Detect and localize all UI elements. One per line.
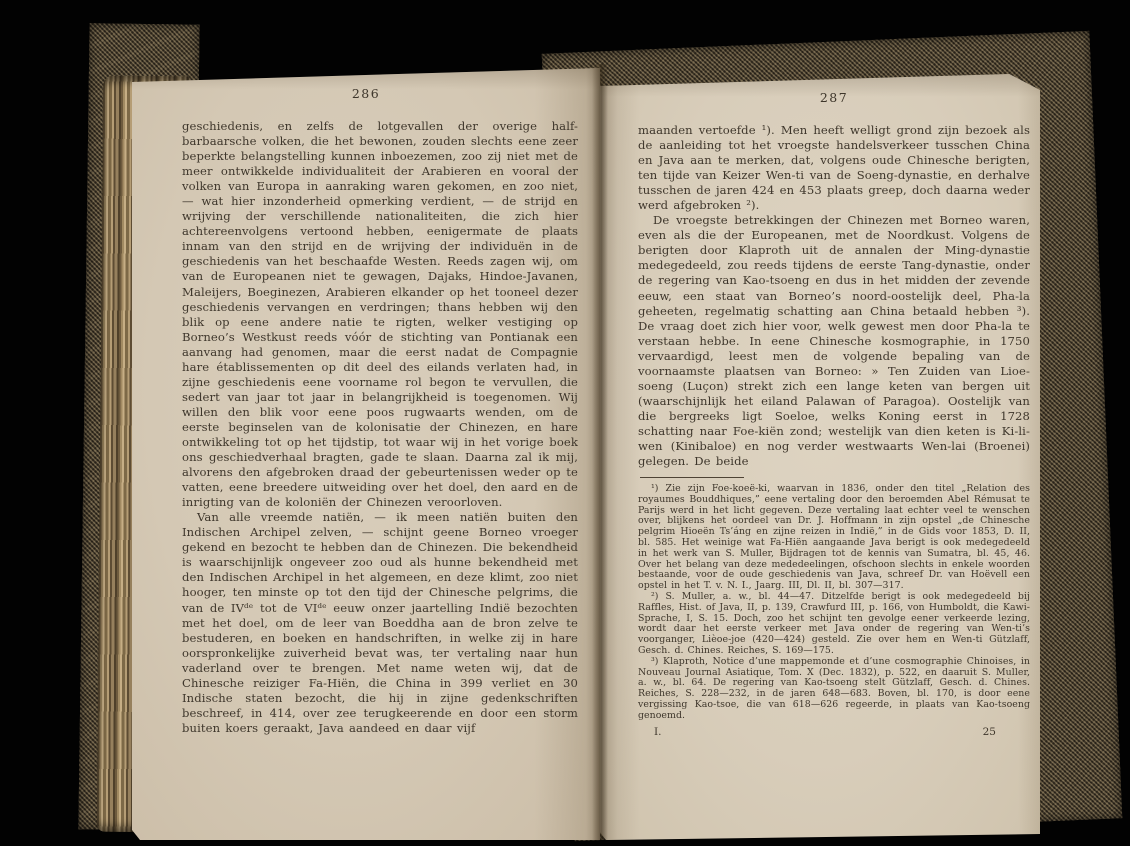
right-page-number: 287	[638, 90, 1030, 105]
left-page-content: 286 geschiedenis, en zelfs de lotgevalle…	[132, 66, 600, 736]
footnote-separator-rule	[640, 477, 744, 478]
signature-line: I. 25	[638, 722, 1030, 738]
footnote: ³) Klaproth, Notice d’une mappemonde et …	[638, 657, 1030, 722]
paragraph: geschiedenis, en zelfs de lotgevallen de…	[182, 119, 578, 510]
left-page-number: 286	[168, 86, 564, 101]
volume-signature-mark: I.	[654, 726, 662, 738]
right-page: 287 maanden vertoefde ¹). Men heeft well…	[600, 74, 1040, 840]
paragraph: De vroegste betrekkingen der Chinezen me…	[638, 213, 1030, 469]
paragraph: maanden vertoefde ¹). Men heeft welligt …	[638, 123, 1030, 213]
paragraph: Van alle vreemde natiën, — ik meen natië…	[182, 510, 578, 736]
right-page-content: 287 maanden vertoefde ¹). Men heeft well…	[600, 74, 1040, 738]
footnote: ²) S. Muller, a. w., bl. 44—47. Ditzelfd…	[638, 592, 1030, 657]
footnote: ¹) Zie zijn Foe-koeë-ki, waarvan in 1836…	[638, 484, 1030, 592]
sheet-number: 25	[983, 726, 996, 738]
footnotes: ¹) Zie zijn Foe-koeë-ki, waarvan in 1836…	[638, 484, 1030, 722]
left-page: 286 geschiedenis, en zelfs de lotgevalle…	[132, 66, 600, 840]
photo-background: 286 geschiedenis, en zelfs de lotgevalle…	[0, 0, 1130, 846]
